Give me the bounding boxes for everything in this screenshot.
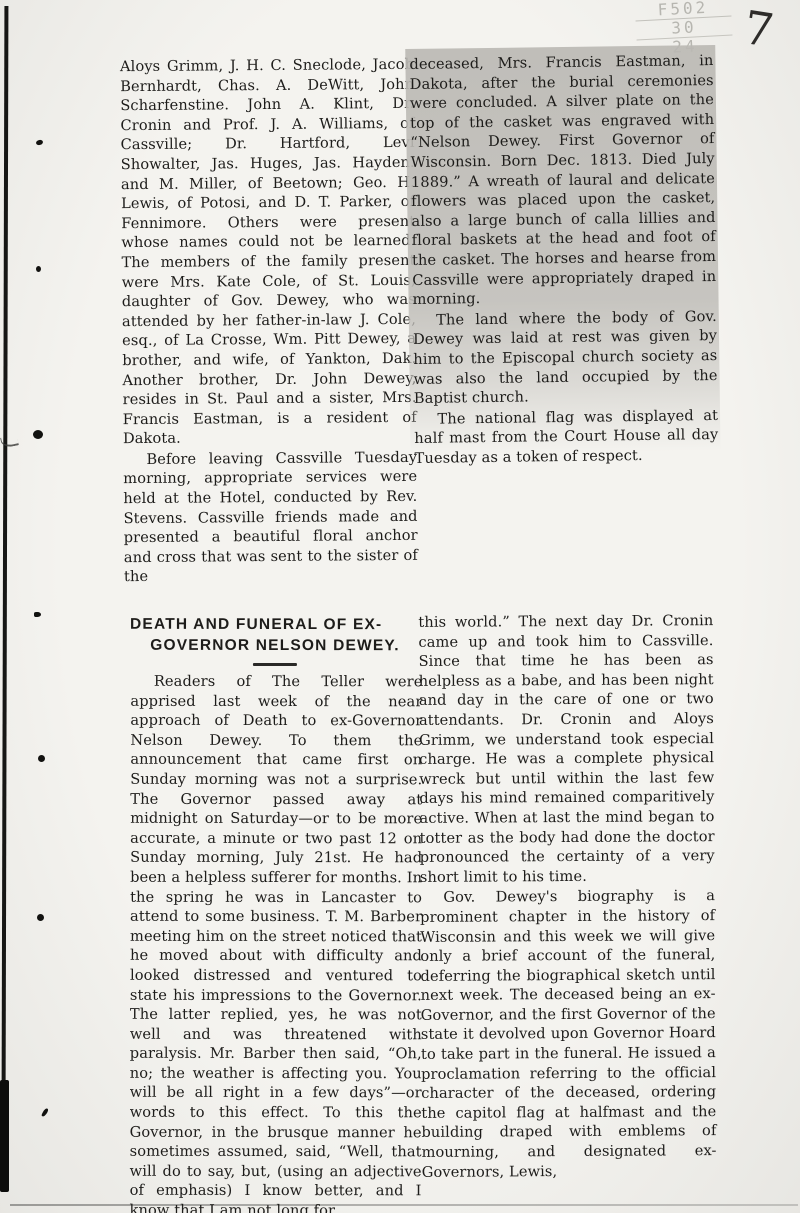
- headline-rule: [253, 663, 297, 666]
- paragraph: The land where the body of Gov. Dewey wa…: [413, 307, 718, 409]
- headline-line: GOVERNOR NELSON DEWEY.: [130, 635, 420, 657]
- paragraph: Gov. Dewey's biography is a prominent ch…: [420, 886, 717, 1182]
- bottom-clipping-right-column: this world.” The next day Dr. Cronin cam…: [418, 611, 716, 1182]
- ink-dot: [37, 914, 44, 921]
- paragraph: deceased, Mrs. Francis Eastman, in Dakot…: [409, 51, 716, 310]
- ink-dot: [41, 1108, 49, 1118]
- handwritten-page-number: 7: [740, 0, 777, 58]
- scan-edge-left-bar: [0, 1080, 9, 1192]
- paragraph: Readers of The Teller were apprised last…: [130, 672, 423, 1213]
- paragraph: The national flag was displayed at half …: [414, 406, 719, 469]
- paragraph: Aloys Grimm, J. H. C. Sneclode, Jacob Be…: [120, 55, 417, 449]
- ink-dot: [34, 612, 41, 617]
- headline-line: DEATH AND FUNERAL OF EX-: [130, 614, 420, 636]
- bottom-clipping-left-column: Readers of The Teller were apprised last…: [130, 672, 423, 1213]
- top-clipping-right-column: deceased, Mrs. Francis Eastman, in Dakot…: [405, 45, 721, 472]
- article-headline: DEATH AND FUNERAL OF EX- GOVERNOR NELSON…: [130, 614, 420, 667]
- ink-dot: [35, 139, 43, 146]
- paragraph: this world.” The next day Dr. Cronin cam…: [418, 611, 715, 887]
- scan-edge-left-line: [2, 6, 9, 1098]
- top-clipping-left-column: Aloys Grimm, J. H. C. Sneclode, Jacob Be…: [120, 55, 418, 587]
- ink-dot: [33, 430, 43, 439]
- scanned-newspaper-page: { "marks": { "page_number": "7", "stamp_…: [0, 0, 800, 1213]
- ink-dot: [36, 266, 41, 272]
- ink-dot: [38, 755, 45, 762]
- paragraph: Before leaving Cassville Tuesday morning…: [123, 448, 418, 587]
